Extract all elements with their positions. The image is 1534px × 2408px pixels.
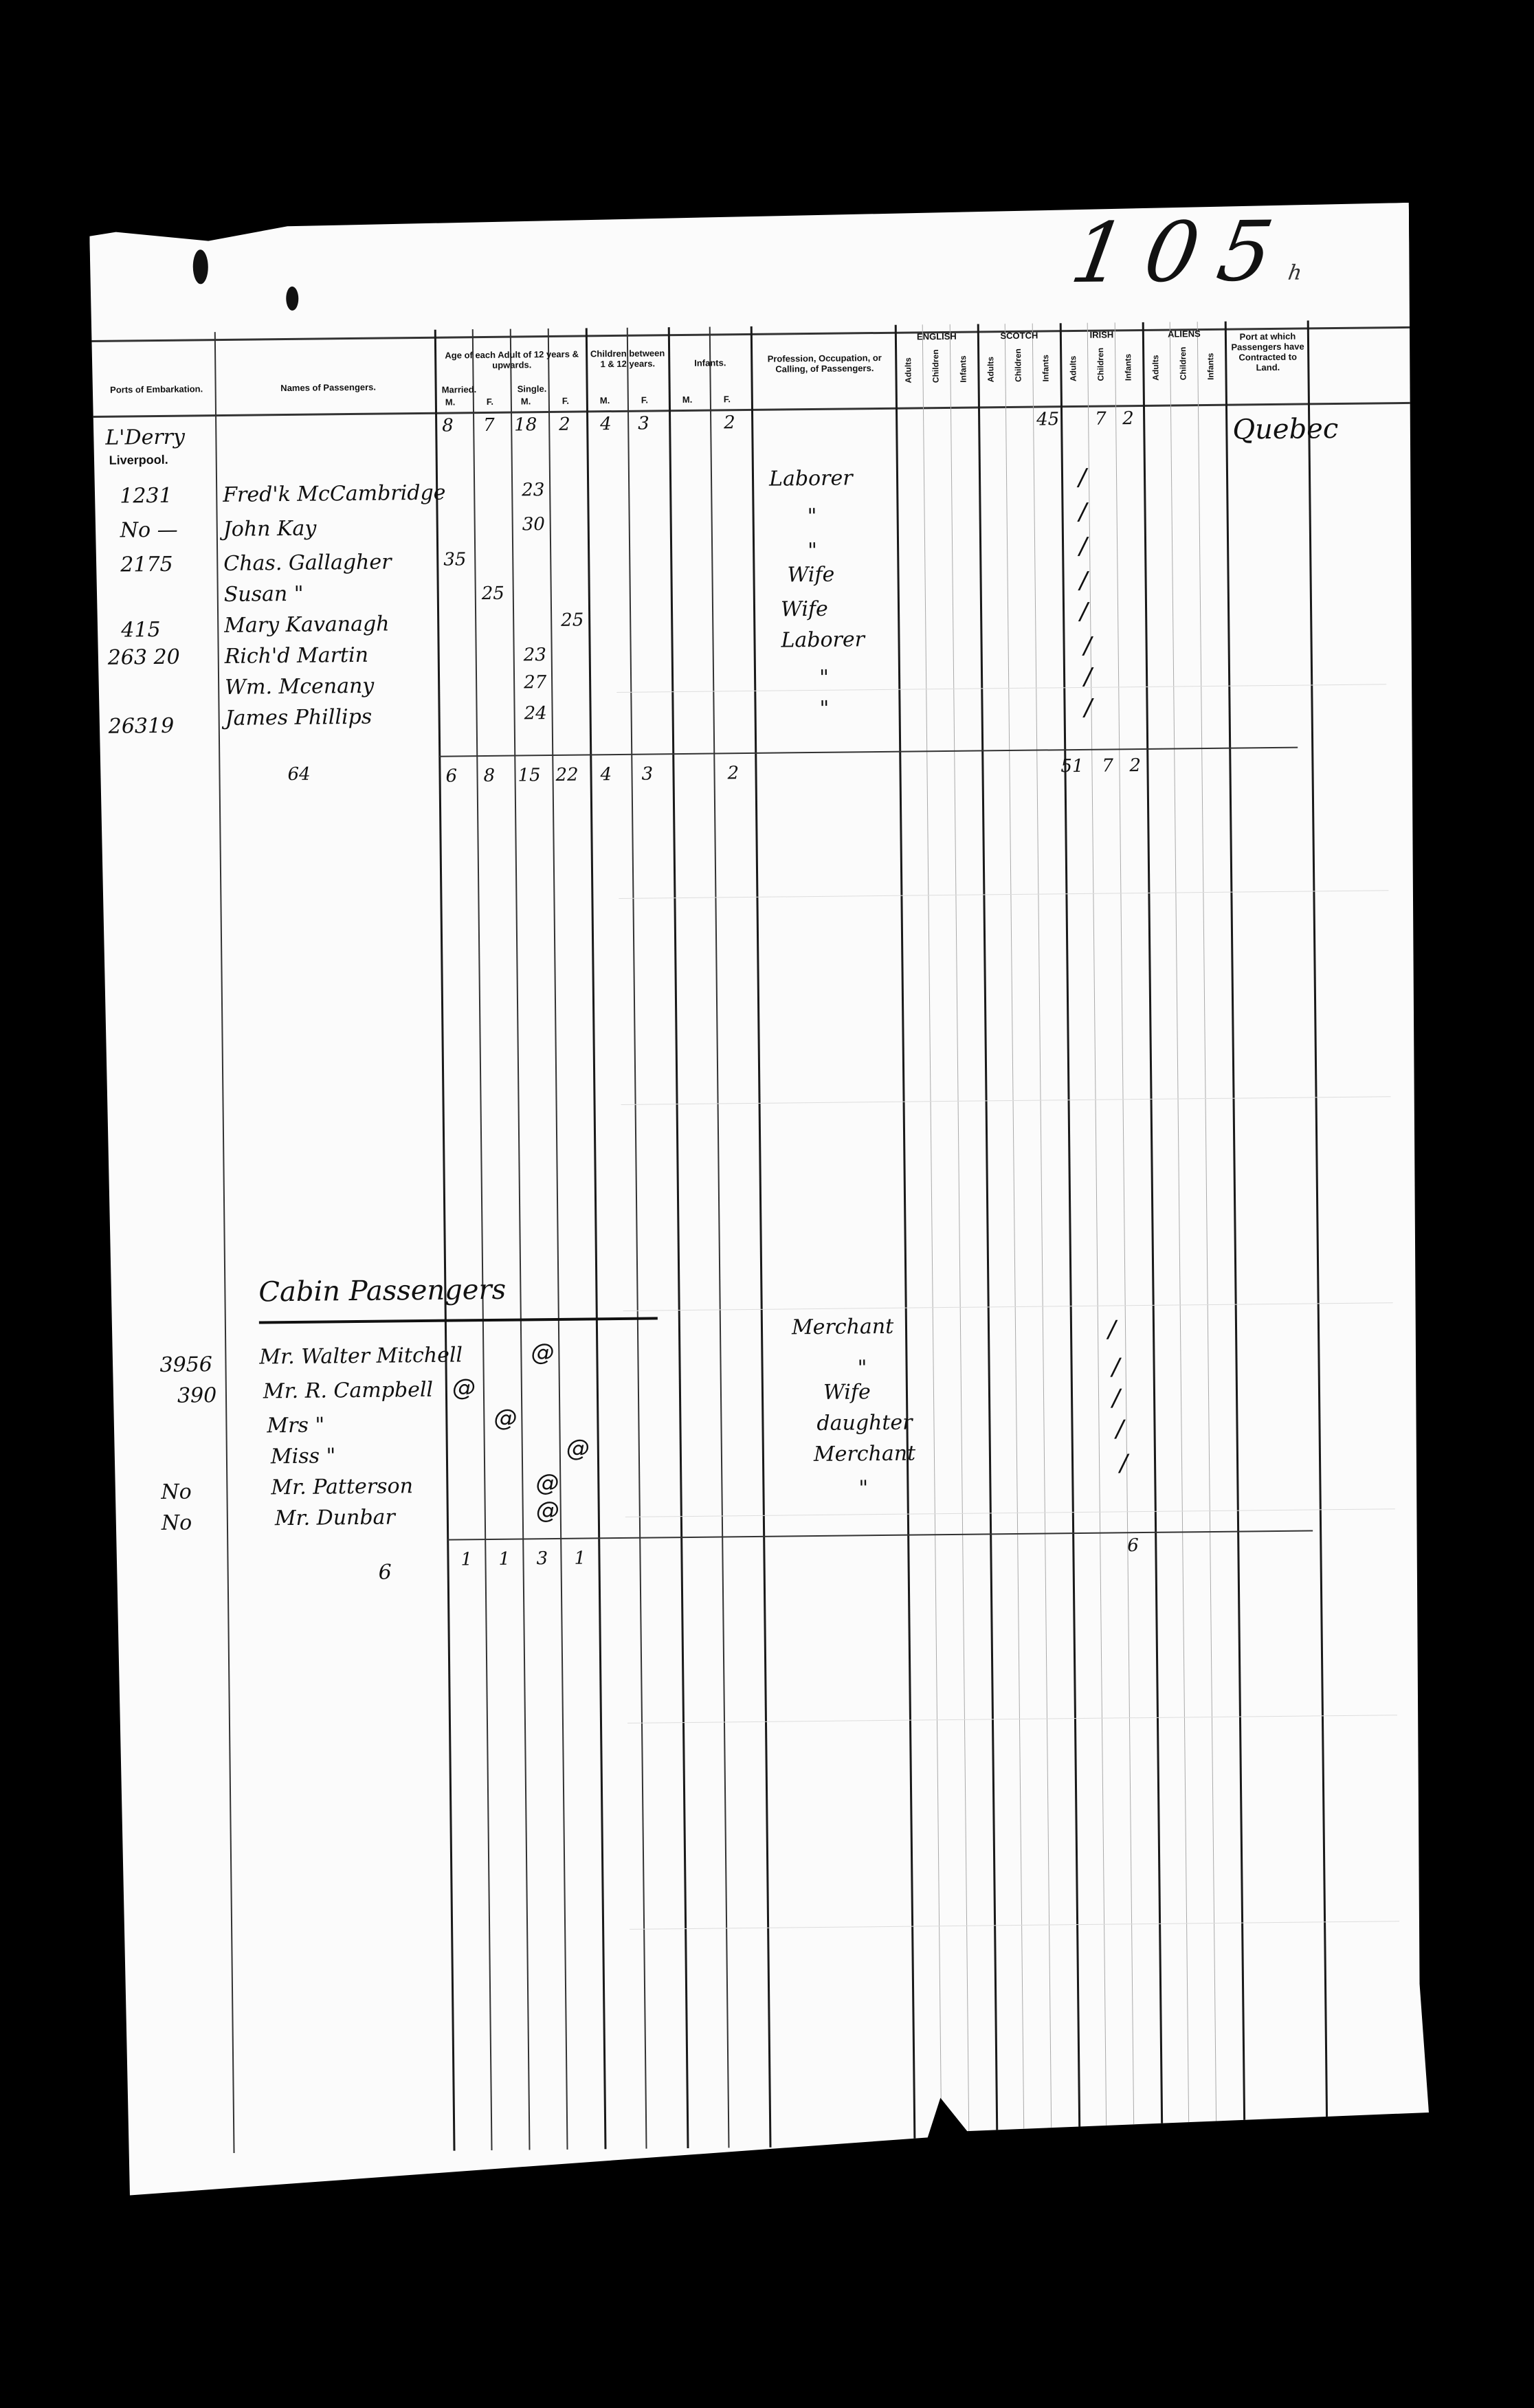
column-divider xyxy=(434,330,456,2151)
ticket-number: No — xyxy=(120,518,178,543)
column-divider xyxy=(1005,324,1025,2145)
passenger-name: Mr. R. Campbell xyxy=(263,1378,433,1404)
steerage-subtotal-note: 64 xyxy=(287,764,310,785)
cabin-total-married-m: 1 xyxy=(460,1549,472,1570)
count-married-m: 8 xyxy=(442,415,454,436)
cabin-total-single-f: 1 xyxy=(574,1548,586,1569)
header-aliens-infants: Infants xyxy=(1205,332,1216,380)
column-divider xyxy=(1307,320,1329,2141)
passenger-name: John Kay xyxy=(223,517,317,542)
column-divider xyxy=(627,328,647,2149)
cabin-total-single-m: 3 xyxy=(536,1548,548,1569)
occupation: Laborer xyxy=(769,466,853,491)
passenger-name: Mr. Walter Mitchell xyxy=(259,1343,463,1369)
occupation: Wife xyxy=(823,1380,871,1405)
header-infants-f: F. xyxy=(724,394,731,404)
occupation: daughter xyxy=(816,1411,912,1436)
ledger-line xyxy=(619,890,1388,899)
count-irish-children: 7 xyxy=(1095,409,1107,430)
age-single-m: 30 xyxy=(522,514,545,535)
count-single-f: 2 xyxy=(559,414,570,435)
occupation: " xyxy=(857,1356,867,1380)
irish-tally-mark: / xyxy=(1120,1449,1128,1477)
port-of-embarkation: L'Derry xyxy=(105,425,185,450)
total-children-f: 3 xyxy=(641,763,653,784)
header-names-of-passengers: Names of Passengers. xyxy=(222,381,435,394)
column-divider xyxy=(709,327,729,2148)
passenger-name: Mrs " xyxy=(267,1414,324,1438)
header-port-contracted: Port at which Passengers have Contracted… xyxy=(1228,331,1308,372)
total-children-m: 4 xyxy=(600,764,612,785)
header-infants: Infants. xyxy=(669,357,751,368)
page-number-suffix: h xyxy=(1287,261,1304,285)
column-divider xyxy=(1060,323,1081,2144)
column-divider xyxy=(668,327,689,2148)
age-single-m: 27 xyxy=(524,672,546,693)
header-ports-of-embarkation: Ports of Embarkation. xyxy=(98,383,215,395)
ticket-number: No xyxy=(162,1511,192,1535)
column-divider xyxy=(1087,323,1107,2144)
occupation: " xyxy=(819,666,829,690)
passenger-name: Mr. Dunbar xyxy=(275,1505,395,1530)
header-single: Single. xyxy=(518,383,547,394)
column-divider xyxy=(1170,322,1190,2143)
ticket-number: 2175 xyxy=(120,553,173,577)
age-single-m: 23 xyxy=(524,645,546,665)
total-irish-adults: 51 xyxy=(1060,756,1083,777)
irish-tally-mark: / xyxy=(1084,663,1092,691)
column-divider xyxy=(1197,322,1217,2143)
passenger-name: Mary Kavanagh xyxy=(224,612,390,638)
total-single-f: 22 xyxy=(555,765,578,785)
cabin-subtotal-note: 6 xyxy=(379,1561,392,1585)
ledger-line xyxy=(616,684,1386,693)
count-children-f: 3 xyxy=(638,413,649,434)
passenger-name: Susan " xyxy=(224,582,304,607)
header-aliens-children: Children xyxy=(1178,332,1188,380)
occupation: Laborer xyxy=(781,627,865,652)
ledger-line xyxy=(623,1302,1393,1311)
header-married: Married. xyxy=(442,384,477,395)
total-single-m: 15 xyxy=(518,765,540,785)
passenger-name: James Phillips xyxy=(225,705,372,731)
age-single-m: 24 xyxy=(524,703,546,724)
age-single-m: 23 xyxy=(522,480,544,500)
irish-tally-mark: / xyxy=(1083,632,1091,660)
count-irish-adults: 45 xyxy=(1036,409,1059,430)
column-divider xyxy=(1225,322,1246,2143)
printed-port-liverpool: Liverpool. xyxy=(109,453,168,468)
header-single-f: F. xyxy=(562,396,569,406)
column-divider xyxy=(751,326,772,2148)
total-married-m: 6 xyxy=(445,766,457,786)
column-divider xyxy=(977,324,999,2145)
irish-tally-mark: / xyxy=(1078,464,1087,491)
at-mark: @ xyxy=(536,1497,559,1524)
occupation: Wife xyxy=(781,597,828,622)
age-married-m: 35 xyxy=(443,549,466,570)
total-irish-children: 7 xyxy=(1102,755,1113,776)
header-irish-adults: Adults xyxy=(1068,333,1078,381)
total-irish-infants: 2 xyxy=(1129,755,1141,776)
occupation: " xyxy=(807,504,816,528)
ink-blot xyxy=(193,249,209,284)
passenger-name: Fred'k McCambridge xyxy=(223,481,446,507)
header-married-f: F. xyxy=(487,397,493,407)
ticket-number: 26319 xyxy=(109,714,175,739)
header-irish-children: Children xyxy=(1096,333,1106,381)
irish-tally-mark: / xyxy=(1111,1353,1120,1381)
header-english-children: Children xyxy=(931,335,941,383)
column-divider xyxy=(1142,322,1164,2143)
header-married-m: M. xyxy=(445,397,456,407)
column-divider xyxy=(1115,322,1135,2143)
irish-tally-mark: / xyxy=(1108,1315,1116,1343)
header-scotch-infants: Infants xyxy=(1041,333,1051,381)
at-mark: @ xyxy=(452,1374,476,1401)
occupation: " xyxy=(858,1476,868,1500)
ledger-line xyxy=(621,1096,1391,1105)
header-children-m: M. xyxy=(600,395,610,405)
passenger-name: Chas. Gallagher xyxy=(223,550,392,576)
ticket-number: 390 xyxy=(177,1383,217,1408)
irish-tally-mark: / xyxy=(1078,498,1087,526)
steerage-total-rule xyxy=(438,747,1298,757)
count-infants-f: 2 xyxy=(724,412,735,433)
ticket-number: 415 xyxy=(121,618,161,643)
ticket-number: 263 20 xyxy=(108,645,180,670)
ledger-line xyxy=(625,1508,1395,1517)
column-divider xyxy=(548,328,568,2150)
irish-tally-mark: / xyxy=(1080,598,1088,625)
age-single-f: 25 xyxy=(561,610,583,631)
passenger-name: Miss " xyxy=(271,1444,336,1469)
at-mark: @ xyxy=(531,1339,554,1366)
count-single-m: 18 xyxy=(514,414,537,435)
irish-tally-mark: / xyxy=(1084,694,1092,722)
at-mark: @ xyxy=(566,1434,590,1462)
ticket-number: No xyxy=(161,1480,192,1504)
total-infants-f: 2 xyxy=(727,763,739,783)
occupation: " xyxy=(819,697,829,721)
column-divider xyxy=(895,325,916,2146)
passenger-name: Wm. Mcenany xyxy=(225,674,374,700)
at-mark: @ xyxy=(493,1405,517,1432)
count-irish-infants: 2 xyxy=(1122,408,1134,429)
occupation: Merchant xyxy=(814,1442,916,1467)
occupation: Merchant xyxy=(792,1315,894,1340)
total-married-f: 8 xyxy=(483,766,495,786)
header-profession: Profession, Occupation, or Calling, of P… xyxy=(754,353,895,375)
cabin-passengers-title: Cabin Passengers xyxy=(258,1274,506,1308)
header-single-m: M. xyxy=(521,396,531,406)
ledger-line xyxy=(630,1921,1399,1930)
occupation: " xyxy=(808,539,817,563)
cabin-total-married-f: 1 xyxy=(498,1549,510,1570)
irish-tally-mark: / xyxy=(1115,1415,1124,1442)
header-english-infants: Infants xyxy=(958,335,968,383)
passenger-name: Rich'd Martin xyxy=(225,643,369,669)
header-english-adults: Adults xyxy=(903,335,913,383)
header-children-f: F. xyxy=(641,395,648,405)
header-scotch-adults: Adults xyxy=(986,334,996,382)
irish-tally-mark: / xyxy=(1079,567,1087,594)
age-married-f: 25 xyxy=(482,583,504,604)
header-age-of-adults: Age of each Adult of 12 years & upwards. xyxy=(438,348,586,370)
ticket-number: 1231 xyxy=(120,484,173,509)
passenger-name: Mr. Patterson xyxy=(271,1474,413,1500)
header-scotch-children: Children xyxy=(1013,334,1023,382)
column-divider xyxy=(510,329,530,2150)
passenger-list-page: 105h Ports of Embarkation. Names of Pass… xyxy=(89,203,1430,2196)
header-infants-m: M. xyxy=(682,394,693,405)
count-married-f: 7 xyxy=(483,415,495,436)
ink-blot xyxy=(286,287,298,311)
page-number-value: 105 xyxy=(1065,204,1300,302)
ticket-number: 3956 xyxy=(159,1352,212,1377)
irish-tally-mark: / xyxy=(1112,1384,1120,1412)
column-divider xyxy=(586,328,607,2149)
column-divider xyxy=(1032,324,1052,2145)
count-children-m: 4 xyxy=(600,414,612,434)
header-aliens-adults: Adults xyxy=(1150,333,1161,381)
occupation: Wife xyxy=(787,563,834,588)
ledger-line xyxy=(627,1715,1397,1724)
header-children: Children between 1 & 12 years. xyxy=(587,348,668,369)
at-mark: @ xyxy=(535,1469,559,1497)
page-number: 105h xyxy=(1065,203,1313,302)
column-divider xyxy=(922,324,942,2145)
header-irish-infants: Infants xyxy=(1123,333,1133,381)
destination-port: Quebec xyxy=(1232,413,1338,446)
cabin-total-irish: 6 xyxy=(1127,1535,1139,1556)
irish-tally-mark: / xyxy=(1079,533,1087,560)
column-divider xyxy=(950,324,970,2145)
